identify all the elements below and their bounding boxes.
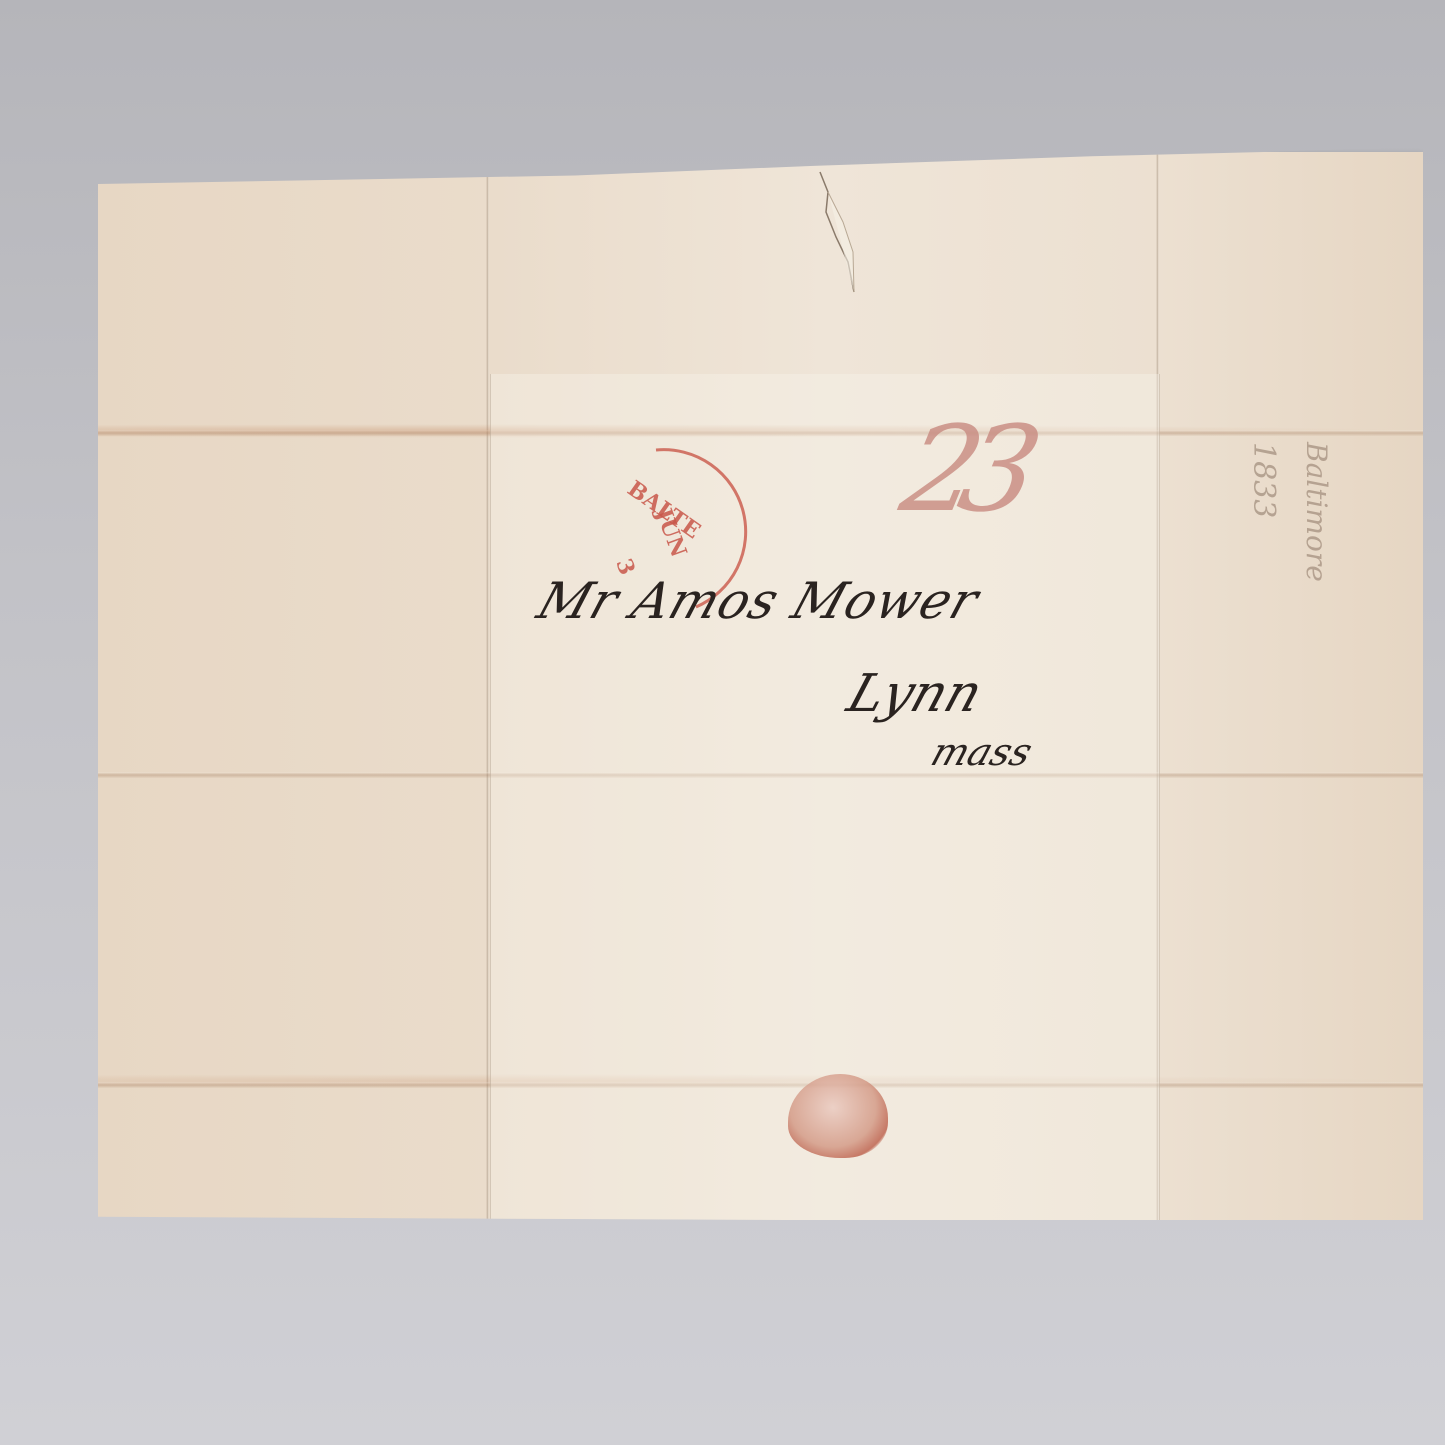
recipient-city: Lynn <box>840 664 989 724</box>
recipient-state: mass <box>926 730 1038 774</box>
letter-paper: BALTE JUN 3 23 Mr Amos Mower Lynn mass 1… <box>98 152 1423 1220</box>
docket-note: 1833 Baltimore <box>1253 442 1353 682</box>
docket-year: 1833 <box>1246 442 1281 518</box>
recipient-name: Mr Amos Mower <box>531 572 987 630</box>
wax-seal <box>788 1074 888 1158</box>
vertical-fold <box>486 152 489 1220</box>
docket-place: Baltimore <box>1300 442 1333 582</box>
paper-tear <box>818 152 863 302</box>
